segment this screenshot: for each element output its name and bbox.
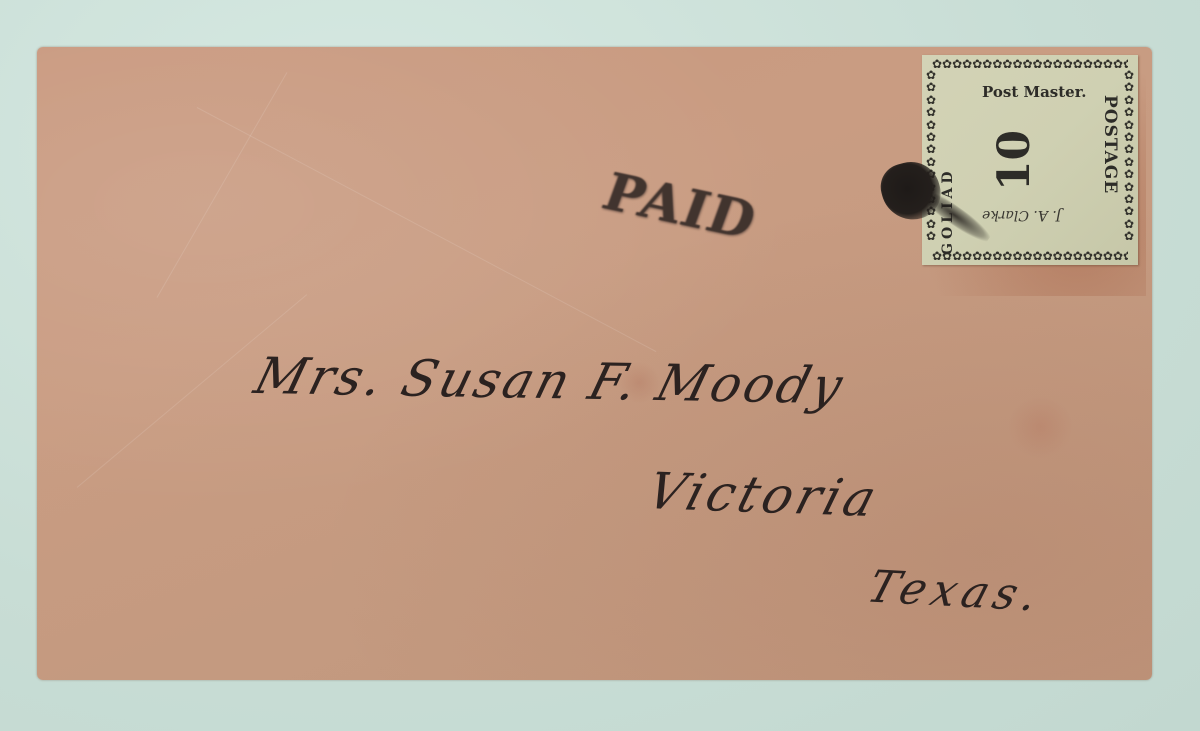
stamp-border-bottom: ✿✿✿✿✿✿✿✿✿✿✿✿✿✿✿✿✿✿✿✿ [932, 249, 1128, 263]
paper-crease [197, 107, 657, 352]
stamp-label: POSTAGE [1100, 95, 1120, 194]
stamp-border-left: ✿✿✿✿✿✿✿✿✿✿✿✿✿✿ [924, 69, 938, 251]
stamp-town: GOLIAD [940, 95, 956, 255]
stamp-header: Post Master. [982, 83, 1086, 101]
paper-crease [157, 72, 288, 298]
stamp-border-right: ✿✿✿✿✿✿✿✿✿✿✿✿✿✿ [1122, 69, 1136, 251]
stamp-border-top: ✿✿✿✿✿✿✿✿✿✿✿✿✿✿✿✿✿✿✿✿ [932, 57, 1128, 71]
address-state: Texas. [862, 561, 1050, 621]
postage-stamp: ✿✿✿✿✿✿✿✿✿✿✿✿✿✿✿✿✿✿✿✿ ✿✿✿✿✿✿✿✿✿✿✿✿✿✿✿✿✿✿✿… [922, 55, 1138, 265]
stamp-signature: J. A. Clarke [982, 207, 1061, 223]
stamp-value: 10 [989, 130, 1040, 191]
address-city: Victoria [641, 462, 886, 528]
addressee-name: Mrs. Susan F. Moody [249, 347, 852, 415]
